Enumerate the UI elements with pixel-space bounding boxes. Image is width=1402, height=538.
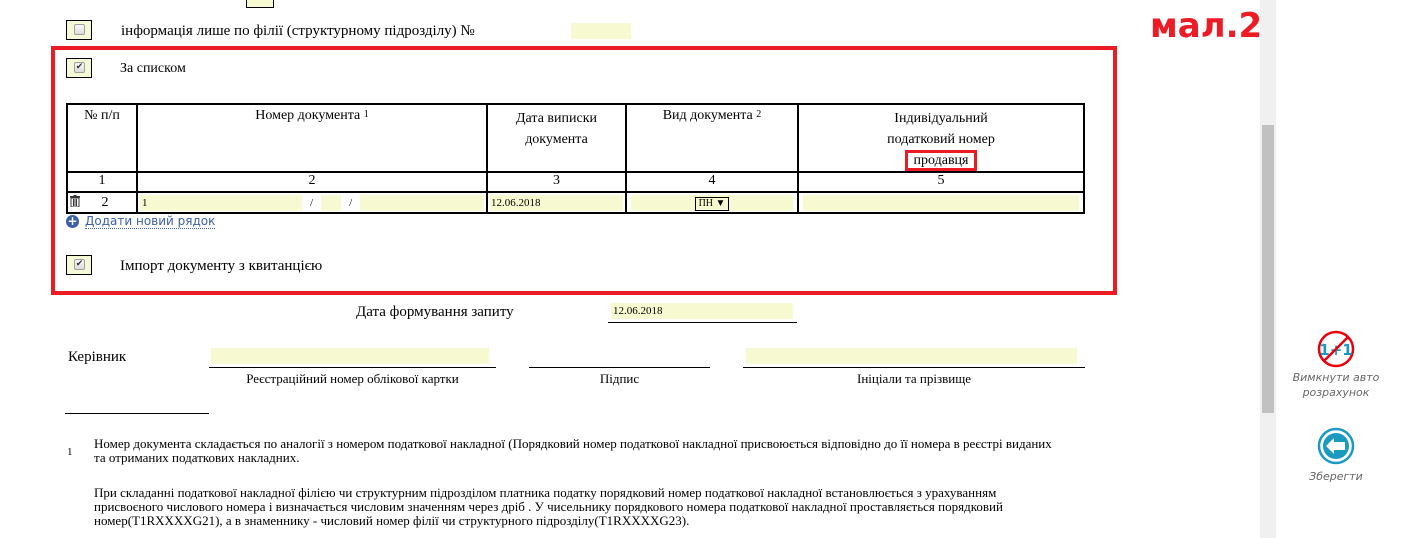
header-doc-type: Вид документа 2	[626, 104, 798, 172]
doc-number-part1-input[interactable]: 1	[140, 195, 302, 211]
save-label: Зберегти	[1286, 469, 1386, 484]
col-number-5: 5	[798, 172, 1084, 192]
row-number: 2	[102, 195, 109, 210]
request-date-label: Дата формування запиту	[356, 304, 514, 321]
footnote-paragraph-1: Номер документа складається по аналогії …	[94, 437, 1059, 465]
name-caption: Ініціали та прізвище	[743, 371, 1085, 387]
signature-underline	[529, 367, 710, 368]
header-doc-number: Номер документа 1	[137, 104, 487, 172]
branch-only-checkbox[interactable]	[66, 20, 92, 40]
name-underline	[743, 367, 1085, 368]
annotation-label: мал.2	[1150, 6, 1262, 46]
branch-number-input[interactable]	[571, 23, 631, 39]
role-label: Керівник	[68, 349, 126, 366]
doc-number-part3-input[interactable]	[360, 195, 484, 211]
no-auto-calc-icon: 1+1	[1317, 330, 1355, 368]
partial-field-top[interactable]	[246, 0, 274, 8]
doc-number-part2-input[interactable]	[321, 195, 341, 211]
header-row-number: № п/п	[67, 104, 137, 172]
import-receipt-label: Імпорт документу з квитанцією	[120, 258, 322, 275]
signature-caption: Підпис	[529, 371, 710, 387]
auto-calc-label: Вимкнути авто розрахунок	[1286, 370, 1386, 400]
separator: /	[349, 197, 352, 209]
col-number-2: 2	[137, 172, 487, 192]
reg-number-input[interactable]	[211, 348, 489, 364]
add-row-button[interactable]: + Додати новий рядок	[66, 214, 215, 229]
name-input[interactable]	[746, 348, 1077, 364]
request-date-underline	[608, 322, 797, 323]
reg-number-caption: Реєстраційний номер облікової картки	[209, 371, 496, 387]
add-row-label: Додати новий рядок	[85, 214, 215, 229]
request-date-input[interactable]: 12.06.2018	[611, 303, 793, 319]
save-arrow-icon	[1317, 427, 1355, 465]
doc-date-input[interactable]: 12.06.2018	[490, 195, 623, 211]
by-list-checkbox[interactable]: ✔	[66, 58, 92, 78]
header-doc-date: Дата виписки документа	[487, 104, 626, 172]
dropdown-arrow-icon: ▼	[716, 198, 726, 209]
col-number-4: 4	[626, 172, 798, 192]
import-receipt-checkbox[interactable]: ✔	[66, 255, 92, 275]
by-list-label: За списком	[120, 61, 186, 77]
col-number-3: 3	[487, 172, 626, 192]
branch-only-label: інформація лише по філії (структурному п…	[121, 23, 475, 40]
footnote-paragraph-2: При складанні податкової накладної філіє…	[94, 486, 1059, 528]
auto-calc-toggle-button[interactable]: 1+1 Вимкнути авто розрахунок	[1286, 330, 1386, 400]
table-row: 2 1 / / 12.06.2018 ПН ▼	[67, 192, 1084, 213]
separator-line	[65, 413, 209, 414]
col-number-1: 1	[67, 172, 137, 192]
save-button[interactable]: Зберегти	[1286, 427, 1386, 484]
seller-highlight: продавця	[905, 150, 978, 171]
documents-table: № п/п Номер документа 1 Дата виписки док…	[66, 103, 1085, 214]
footnote-marker: 1	[67, 446, 73, 458]
plus-circle-icon: +	[66, 215, 79, 228]
header-seller-tax-id: Індивідуальний податковий номер продавця	[798, 104, 1084, 172]
seller-tax-id-input[interactable]	[803, 195, 1079, 211]
separator: /	[310, 197, 313, 209]
delete-row-icon[interactable]	[70, 195, 80, 206]
doc-type-select[interactable]: ПН ▼	[695, 197, 730, 211]
reg-number-underline	[209, 367, 496, 368]
scrollbar-thumb[interactable]	[1262, 125, 1274, 413]
